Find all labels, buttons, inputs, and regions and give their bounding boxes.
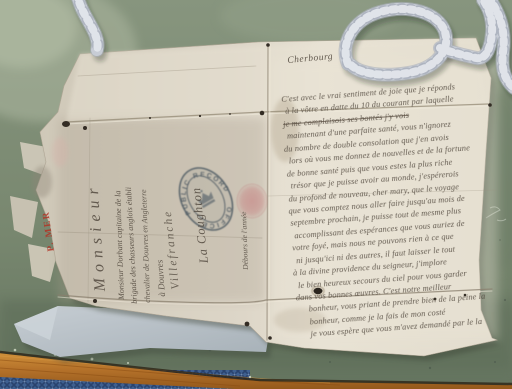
letter-body: C'est avec le vrai sentiment de joie que…: [281, 78, 512, 343]
photo-of-archive-letter: PUBLIC RECORD OFFICE: [0, 0, 512, 389]
